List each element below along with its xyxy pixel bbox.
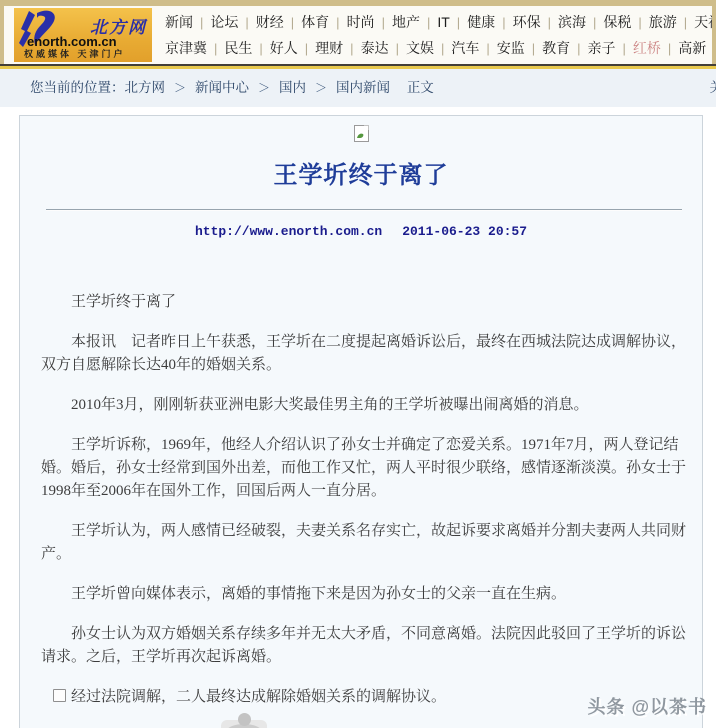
separator: | bbox=[623, 41, 626, 56]
nav-link[interactable]: 旅游 bbox=[649, 14, 677, 30]
separator: ＞ bbox=[258, 81, 270, 95]
separator: | bbox=[684, 15, 687, 30]
nav-link[interactable]: 论坛 bbox=[210, 14, 238, 30]
breadcrumb-link[interactable]: 新闻中心 bbox=[195, 80, 249, 95]
source-url: http://www.enorth.com.cn bbox=[195, 224, 382, 239]
breadcrumb-links: 北方网＞新闻中心＞国内＞国内新闻 bbox=[125, 80, 391, 95]
nav-link[interactable]: 滨海 bbox=[558, 14, 586, 30]
separator: | bbox=[382, 15, 385, 30]
nav-link[interactable]: 文娱 bbox=[406, 40, 434, 56]
image-placeholder-box-icon bbox=[53, 689, 66, 702]
separator: | bbox=[502, 15, 505, 30]
article-paragraph: 王学圻认为，两人感情已经破裂，夫妻关系名存实亡，故起诉要求离婚并分割夫妻两人共同… bbox=[41, 520, 686, 566]
separator: | bbox=[200, 15, 203, 30]
nav-link[interactable]: 环保 bbox=[513, 14, 541, 30]
nav-link[interactable]: 健康 bbox=[467, 14, 495, 30]
source-line: http://www.enorth.com.cn2011-06-23 20:57 bbox=[20, 224, 702, 239]
article-container: 王学圻终于离了 http://www.enorth.com.cn2011-06-… bbox=[19, 115, 703, 728]
nav-link[interactable]: 京津冀 bbox=[165, 40, 207, 56]
nav-link[interactable]: 天视 bbox=[694, 14, 712, 30]
breadcrumb: 您当前的位置：北方网＞新闻中心＞国内＞国内新闻 正文 关 bbox=[0, 69, 716, 107]
nav-link[interactable]: 财经 bbox=[256, 14, 284, 30]
nav-link[interactable]: 亲子 bbox=[588, 40, 616, 56]
breadcrumb-link[interactable]: 北方网 bbox=[125, 80, 166, 95]
separator: | bbox=[427, 15, 430, 30]
nav-link[interactable]: 红桥 bbox=[633, 40, 661, 56]
nav-link[interactable]: 泰达 bbox=[361, 40, 389, 56]
separator: | bbox=[593, 15, 596, 30]
site-slogan: 权威媒体 天津门户 bbox=[24, 47, 126, 60]
title-divider bbox=[46, 209, 682, 211]
separator: | bbox=[548, 15, 551, 30]
separator: | bbox=[259, 41, 262, 56]
breadcrumb-prefix: 您当前的位置： bbox=[30, 80, 125, 95]
nav-link[interactable]: 新闻 bbox=[165, 14, 193, 30]
article-title: 王学圻终于离了 bbox=[20, 155, 702, 190]
article-paragraph: 2010年3月，刚刚斩获亚洲电影大奖最佳男主角的王学圻被曝出闹离婚的消息。 bbox=[41, 394, 686, 417]
person-silhouette-placeholder-icon bbox=[221, 713, 267, 728]
separator: | bbox=[396, 41, 399, 56]
separator: | bbox=[336, 15, 339, 30]
article-body: 王学圻终于离了本报讯 记者昨日上午获悉，王学圻在二度提起离婚诉讼后，最终在西城法… bbox=[20, 291, 702, 709]
site-header: 北方网 enorth.com.cn 权威媒体 天津门户 新闻|论坛|财经|体育|… bbox=[0, 0, 716, 64]
toutiao-watermark: 头条 @以茶书 bbox=[587, 693, 707, 719]
nav-link[interactable]: 地产 bbox=[392, 14, 420, 30]
article-paragraph: 王学圻终于离了 bbox=[41, 291, 686, 314]
separator: | bbox=[245, 15, 248, 30]
breadcrumb-link[interactable]: 国内 bbox=[279, 80, 306, 95]
nav-link[interactable]: 保税 bbox=[603, 14, 631, 30]
nav-row-2: 京津冀|民生|好人|理财|泰达|文娱|汽车|安监|教育|亲子|红桥|高新|电台| bbox=[165, 35, 712, 61]
broken-image-icon bbox=[354, 125, 369, 142]
top-navigation: 新闻|论坛|财经|体育|时尚|地产|IT|健康|环保|滨海|保税|旅游|天视|婚… bbox=[165, 9, 712, 61]
separator: | bbox=[532, 41, 535, 56]
site-logo[interactable]: 北方网 enorth.com.cn 权威媒体 天津门户 bbox=[14, 8, 152, 62]
breadcrumb-link[interactable]: 国内新闻 bbox=[336, 80, 390, 95]
close-link-partial[interactable]: 关 bbox=[710, 69, 716, 107]
separator: | bbox=[214, 41, 217, 56]
separator: | bbox=[441, 41, 444, 56]
nav-link[interactable]: 汽车 bbox=[451, 40, 479, 56]
separator: ＞ bbox=[174, 81, 186, 95]
separator: | bbox=[305, 41, 308, 56]
nav-row-1: 新闻|论坛|财经|体育|时尚|地产|IT|健康|环保|滨海|保税|旅游|天视|婚… bbox=[165, 9, 712, 35]
article-paragraph: 王学圻曾向媒体表示，离婚的事情拖下来是因为孙女士的父亲一直在生病。 bbox=[41, 583, 686, 606]
news-article-page: 北方网 enorth.com.cn 权威媒体 天津门户 新闻|论坛|财经|体育|… bbox=[0, 0, 716, 728]
breadcrumb-current: 正文 bbox=[407, 80, 434, 95]
nav-link[interactable]: IT bbox=[437, 14, 449, 30]
nav-link[interactable]: 理财 bbox=[315, 40, 343, 56]
separator: | bbox=[668, 41, 671, 56]
nav-link[interactable]: 教育 bbox=[542, 40, 570, 56]
separator: | bbox=[486, 41, 489, 56]
nav-link[interactable]: 安监 bbox=[497, 40, 525, 56]
nav-link[interactable]: 好人 bbox=[270, 40, 298, 56]
separator: | bbox=[457, 15, 460, 30]
separator: | bbox=[350, 41, 353, 56]
article-paragraph: 王学圻诉称，1969年，他经人介绍认识了孙女士并确定了恋爱关系。1971年7月，… bbox=[41, 434, 686, 503]
publish-time: 2011-06-23 20:57 bbox=[402, 224, 527, 239]
separator: ＞ bbox=[315, 81, 327, 95]
article-paragraph: 本报讯 记者昨日上午获悉，王学圻在二度提起离婚诉讼后，最终在西城法院达成调解协议… bbox=[41, 331, 686, 377]
separator: | bbox=[291, 15, 294, 30]
nav-link[interactable]: 体育 bbox=[301, 14, 329, 30]
nav-link[interactable]: 民生 bbox=[224, 40, 252, 56]
separator: | bbox=[577, 41, 580, 56]
nav-link[interactable]: 高新 bbox=[678, 40, 706, 56]
nav-link[interactable]: 时尚 bbox=[347, 14, 375, 30]
separator: | bbox=[638, 15, 641, 30]
article-paragraph: 孙女士认为双方婚姻关系存续多年并无太大矛盾，不同意离婚。法院因此驳回了王学圻的诉… bbox=[41, 623, 686, 669]
